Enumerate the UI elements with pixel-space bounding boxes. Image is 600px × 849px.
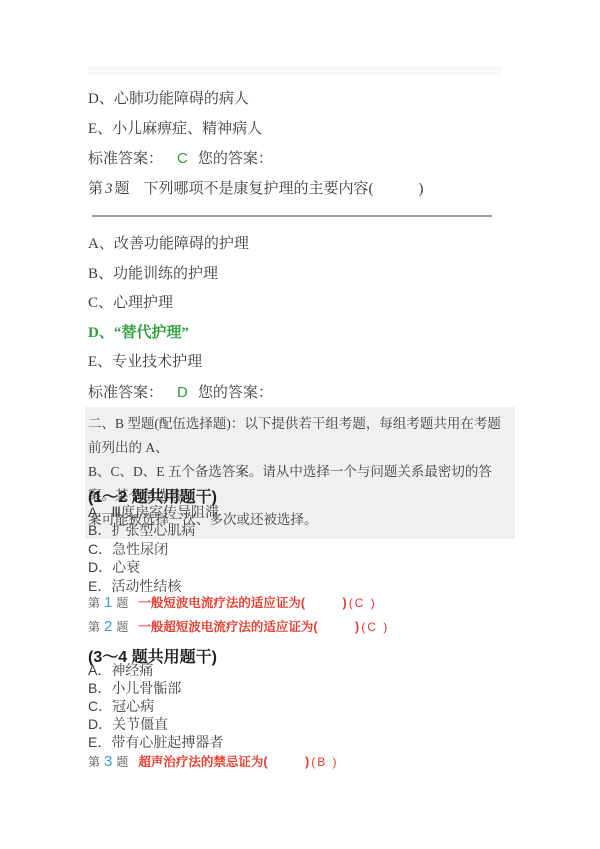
standard-answer-value: D bbox=[177, 384, 188, 401]
previous-question-block: D、心肺功能障碍的病人 E、小儿麻痹症、精神病人 标准答案：C您的答案： 第3题… bbox=[88, 84, 424, 204]
question-number: 1 bbox=[104, 594, 112, 611]
answer-line: 标准答案：C您的答案： bbox=[88, 144, 424, 174]
group1-options: A．Ⅲ度房室传导阻滞 B．扩张型心肌病 C．急性尿闭 D．心衰 E．活动性结核 bbox=[88, 503, 219, 595]
question3-title: 第3题下列哪项不是康复护理的主要内容( ) bbox=[88, 174, 424, 204]
standard-answer-value: C bbox=[177, 150, 188, 167]
previous-section-remnant-strip bbox=[88, 66, 502, 75]
question-suffix: 题 bbox=[116, 620, 128, 634]
question-suffix: 题 bbox=[115, 181, 130, 197]
group2-questions: 第3题超声治疗法的禁忌证为( )(B ) bbox=[88, 750, 339, 774]
option-b: B．扩张型心肌病 bbox=[88, 521, 219, 539]
question-text: 一般超短波电流疗法的适应证为( ) bbox=[138, 620, 359, 634]
question-answer: (C ) bbox=[361, 620, 389, 634]
option-b: B、功能训练的护理 bbox=[88, 260, 273, 290]
question-text: 下列哪项不是康复护理的主要内容( ) bbox=[144, 181, 424, 197]
option-c: C．急性尿闭 bbox=[88, 540, 219, 558]
option-d: D．心衰 bbox=[88, 558, 219, 576]
question3-options-block: A、改善功能障碍的护理 B、功能训练的护理 C、心理护理 D、“替代护理” E、… bbox=[88, 230, 273, 408]
question-suffix: 题 bbox=[116, 596, 128, 610]
question-prefix: 第 bbox=[88, 755, 100, 769]
question-number: 2 bbox=[104, 618, 112, 635]
your-answer-label: 您的答案： bbox=[198, 151, 273, 167]
answer-line: 标准答案：D您的答案： bbox=[88, 378, 273, 409]
exam-page: D、心肺功能障碍的病人 E、小儿麻痹症、精神病人 标准答案：C您的答案： 第3题… bbox=[0, 0, 600, 849]
option-c: C．冠心病 bbox=[88, 697, 223, 715]
your-answer-label: 您的答案： bbox=[198, 385, 273, 401]
question-prefix: 第 bbox=[88, 620, 100, 634]
group2-options: A．神经痛 B．小儿骨骺部 C．冠心病 D．关节僵直 E．带有心脏起搏器者 bbox=[88, 661, 223, 751]
standard-answer-label: 标准答案： bbox=[88, 151, 163, 167]
option-d: D．关节僵直 bbox=[88, 715, 223, 733]
option-e: E、专业技术护理 bbox=[88, 348, 273, 378]
option-a: A、改善功能障碍的护理 bbox=[88, 230, 273, 260]
question-prefix: 第 bbox=[88, 181, 103, 197]
option-a: A．Ⅲ度房室传导阻滞 bbox=[88, 503, 219, 521]
group1-questions: 第1题一般短波电流疗法的适应证为( )(C ) 第2题一般超短波电流疗法的适应证… bbox=[88, 591, 389, 639]
question-row-2: 第2题一般超短波电流疗法的适应证为( )(C ) bbox=[88, 615, 389, 639]
option-e: E、小儿麻痹症、精神病人 bbox=[88, 114, 424, 144]
option-c: C、心理护理 bbox=[88, 289, 273, 319]
option-a: A．神经痛 bbox=[88, 661, 223, 679]
question-divider-rule bbox=[92, 215, 492, 217]
question-suffix: 题 bbox=[116, 755, 128, 769]
question-row-1: 第1题一般短波电流疗法的适应证为( )(C ) bbox=[88, 591, 389, 615]
question-number: 3 bbox=[104, 753, 112, 770]
standard-answer-label: 标准答案： bbox=[88, 385, 163, 401]
question-text: 超声治疗法的禁忌证为( ) bbox=[138, 755, 309, 769]
question-number: 3 bbox=[105, 181, 113, 197]
question-answer: (C ) bbox=[349, 596, 377, 610]
option-d-correct: D、“替代护理” bbox=[88, 319, 273, 349]
question-text: 一般短波电流疗法的适应证为( ) bbox=[138, 596, 346, 610]
instruction-line-1: 二、B 型题(配伍选择题)：以下提供若干组考题，每组考题共用在考题前列出的 A、 bbox=[88, 412, 512, 460]
question-answer: (B ) bbox=[311, 755, 338, 769]
option-b: B．小儿骨骺部 bbox=[88, 679, 223, 697]
option-d: D、心肺功能障碍的病人 bbox=[88, 84, 424, 114]
question-row-3: 第3题超声治疗法的禁忌证为( )(B ) bbox=[88, 750, 339, 774]
option-e: E．带有心脏起搏器者 bbox=[88, 733, 223, 751]
question-prefix: 第 bbox=[88, 596, 100, 610]
